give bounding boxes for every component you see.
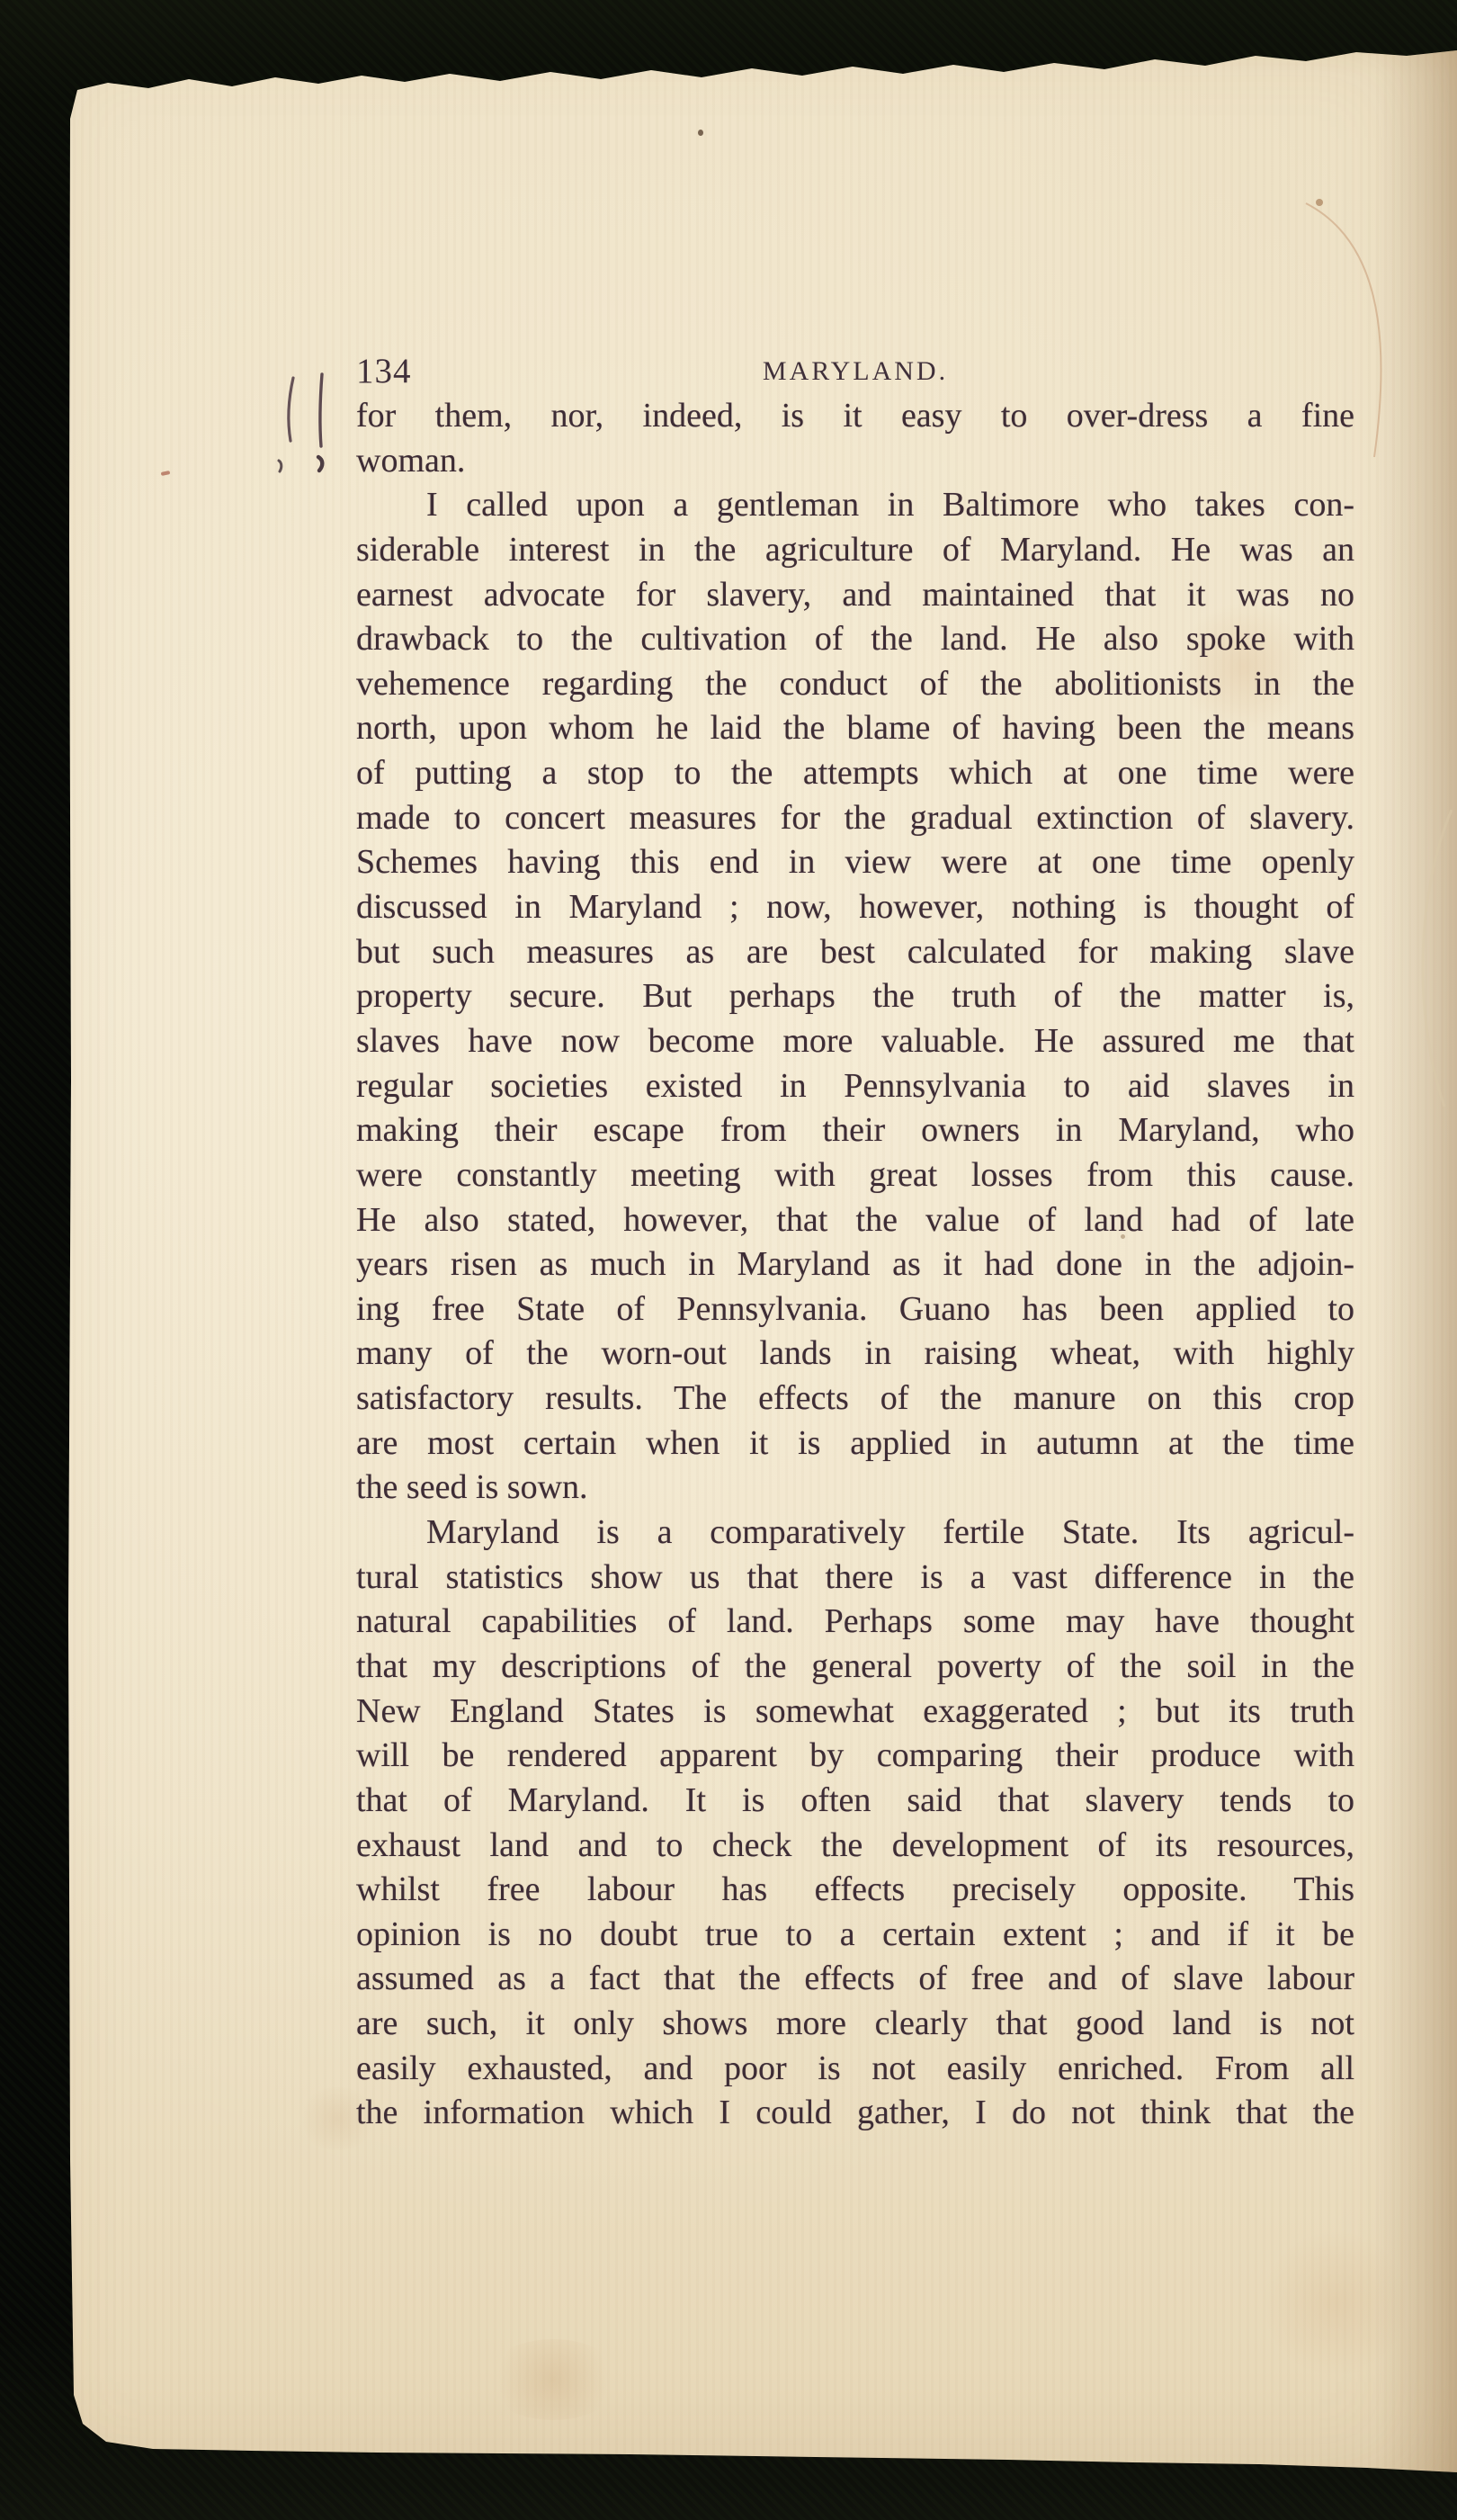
- pen-stroke: [289, 378, 293, 441]
- text-line: that my descriptions of the general pove…: [356, 1645, 1354, 1690]
- text-line: property secure. But perhaps the truth o…: [356, 974, 1354, 1019]
- scan-background: 134 MARYLAND. for them, nor, indeed, is …: [0, 0, 1457, 2520]
- margin-pen-marks: [266, 363, 345, 486]
- ink-speck: [698, 130, 703, 136]
- text-line: of putting a stop to the attempts which …: [356, 751, 1354, 796]
- text-line: regular societies existed in Pennsylvani…: [356, 1064, 1354, 1109]
- crease-line: [1423, 810, 1452, 1107]
- pen-stroke: [320, 374, 322, 446]
- text-line: opinion is no doubt true to a certain ex…: [356, 1913, 1354, 1958]
- text-line: for them, nor, indeed, is it easy to ove…: [356, 394, 1354, 439]
- text-line: ing free State of Pennsylvania. Guano ha…: [356, 1287, 1354, 1332]
- text-line: Schemes having this end in view were at …: [356, 840, 1354, 885]
- foxing-spot: [1316, 199, 1323, 206]
- text-line: drawback to the cultivation of the land.…: [356, 617, 1354, 662]
- text-line: made to concert measures for the gradual…: [356, 796, 1354, 841]
- text-line: I called upon a gentleman in Baltimore w…: [356, 483, 1354, 528]
- text-line: woman.: [356, 439, 1354, 484]
- text-line: tural statistics show us that there is a…: [356, 1556, 1354, 1601]
- text-line: but such measures as are best calculated…: [356, 930, 1354, 975]
- pen-tick: [279, 461, 282, 471]
- pen-tick: [318, 457, 322, 471]
- running-title: MARYLAND.: [356, 356, 1354, 387]
- text-line: earnest advocate for slavery, and mainta…: [356, 573, 1354, 618]
- text-line: satisfactory results. The effects of the…: [356, 1377, 1354, 1421]
- text-line: making their escape from their owners in…: [356, 1108, 1354, 1153]
- text-line: years risen as much in Maryland as it ha…: [356, 1242, 1354, 1287]
- text-line: are most certain when it is applied in a…: [356, 1421, 1354, 1466]
- paper-stain: [486, 2339, 621, 2420]
- text-line: many of the worn-out lands in raising wh…: [356, 1332, 1354, 1377]
- text-line: easily exhausted, and poor is not easily…: [356, 2047, 1354, 2092]
- text-line: were constantly meeting with great losse…: [356, 1153, 1354, 1198]
- text-line: north, upon whom he laid the blame of ha…: [356, 706, 1354, 751]
- book-page: 134 MARYLAND. for them, nor, indeed, is …: [0, 0, 1457, 2520]
- ink-speck: [161, 471, 171, 476]
- text-line: siderable interest in the agriculture of…: [356, 528, 1354, 573]
- page-body-text: for them, nor, indeed, is it easy to ove…: [356, 394, 1354, 2136]
- text-line: exhaust land and to check the developmen…: [356, 1824, 1354, 1869]
- text-line: slaves have now become more valuable. He…: [356, 1019, 1354, 1064]
- text-line: the information which I could gather, I …: [356, 2091, 1354, 2136]
- text-line: are such, it only shows more clearly tha…: [356, 2002, 1354, 2047]
- text-line: that of Maryland. It is often said that …: [356, 1779, 1354, 1824]
- text-line: assumed as a fact that the effects of fr…: [356, 1957, 1354, 2002]
- text-line: natural capabilities of land. Perhaps so…: [356, 1600, 1354, 1645]
- page-header: 134 MARYLAND.: [356, 351, 1354, 396]
- text-line: vehemence regarding the conduct of the a…: [356, 662, 1354, 707]
- page-crease-mark: [1399, 808, 1457, 1108]
- text-line: whilst free labour has effects precisely…: [356, 1868, 1354, 1913]
- text-line: discussed in Maryland ; now, however, no…: [356, 885, 1354, 930]
- text-line: Maryland is a comparatively fertile Stat…: [356, 1511, 1354, 1556]
- text-line: the seed is sown.: [356, 1466, 1354, 1511]
- paper-stain: [1259, 2231, 1412, 2375]
- text-line: will be rendered apparent by comparing t…: [356, 1734, 1354, 1779]
- text-line: He also stated, however, that the value …: [356, 1198, 1354, 1243]
- text-line: New England States is somewhat exaggerat…: [356, 1690, 1354, 1735]
